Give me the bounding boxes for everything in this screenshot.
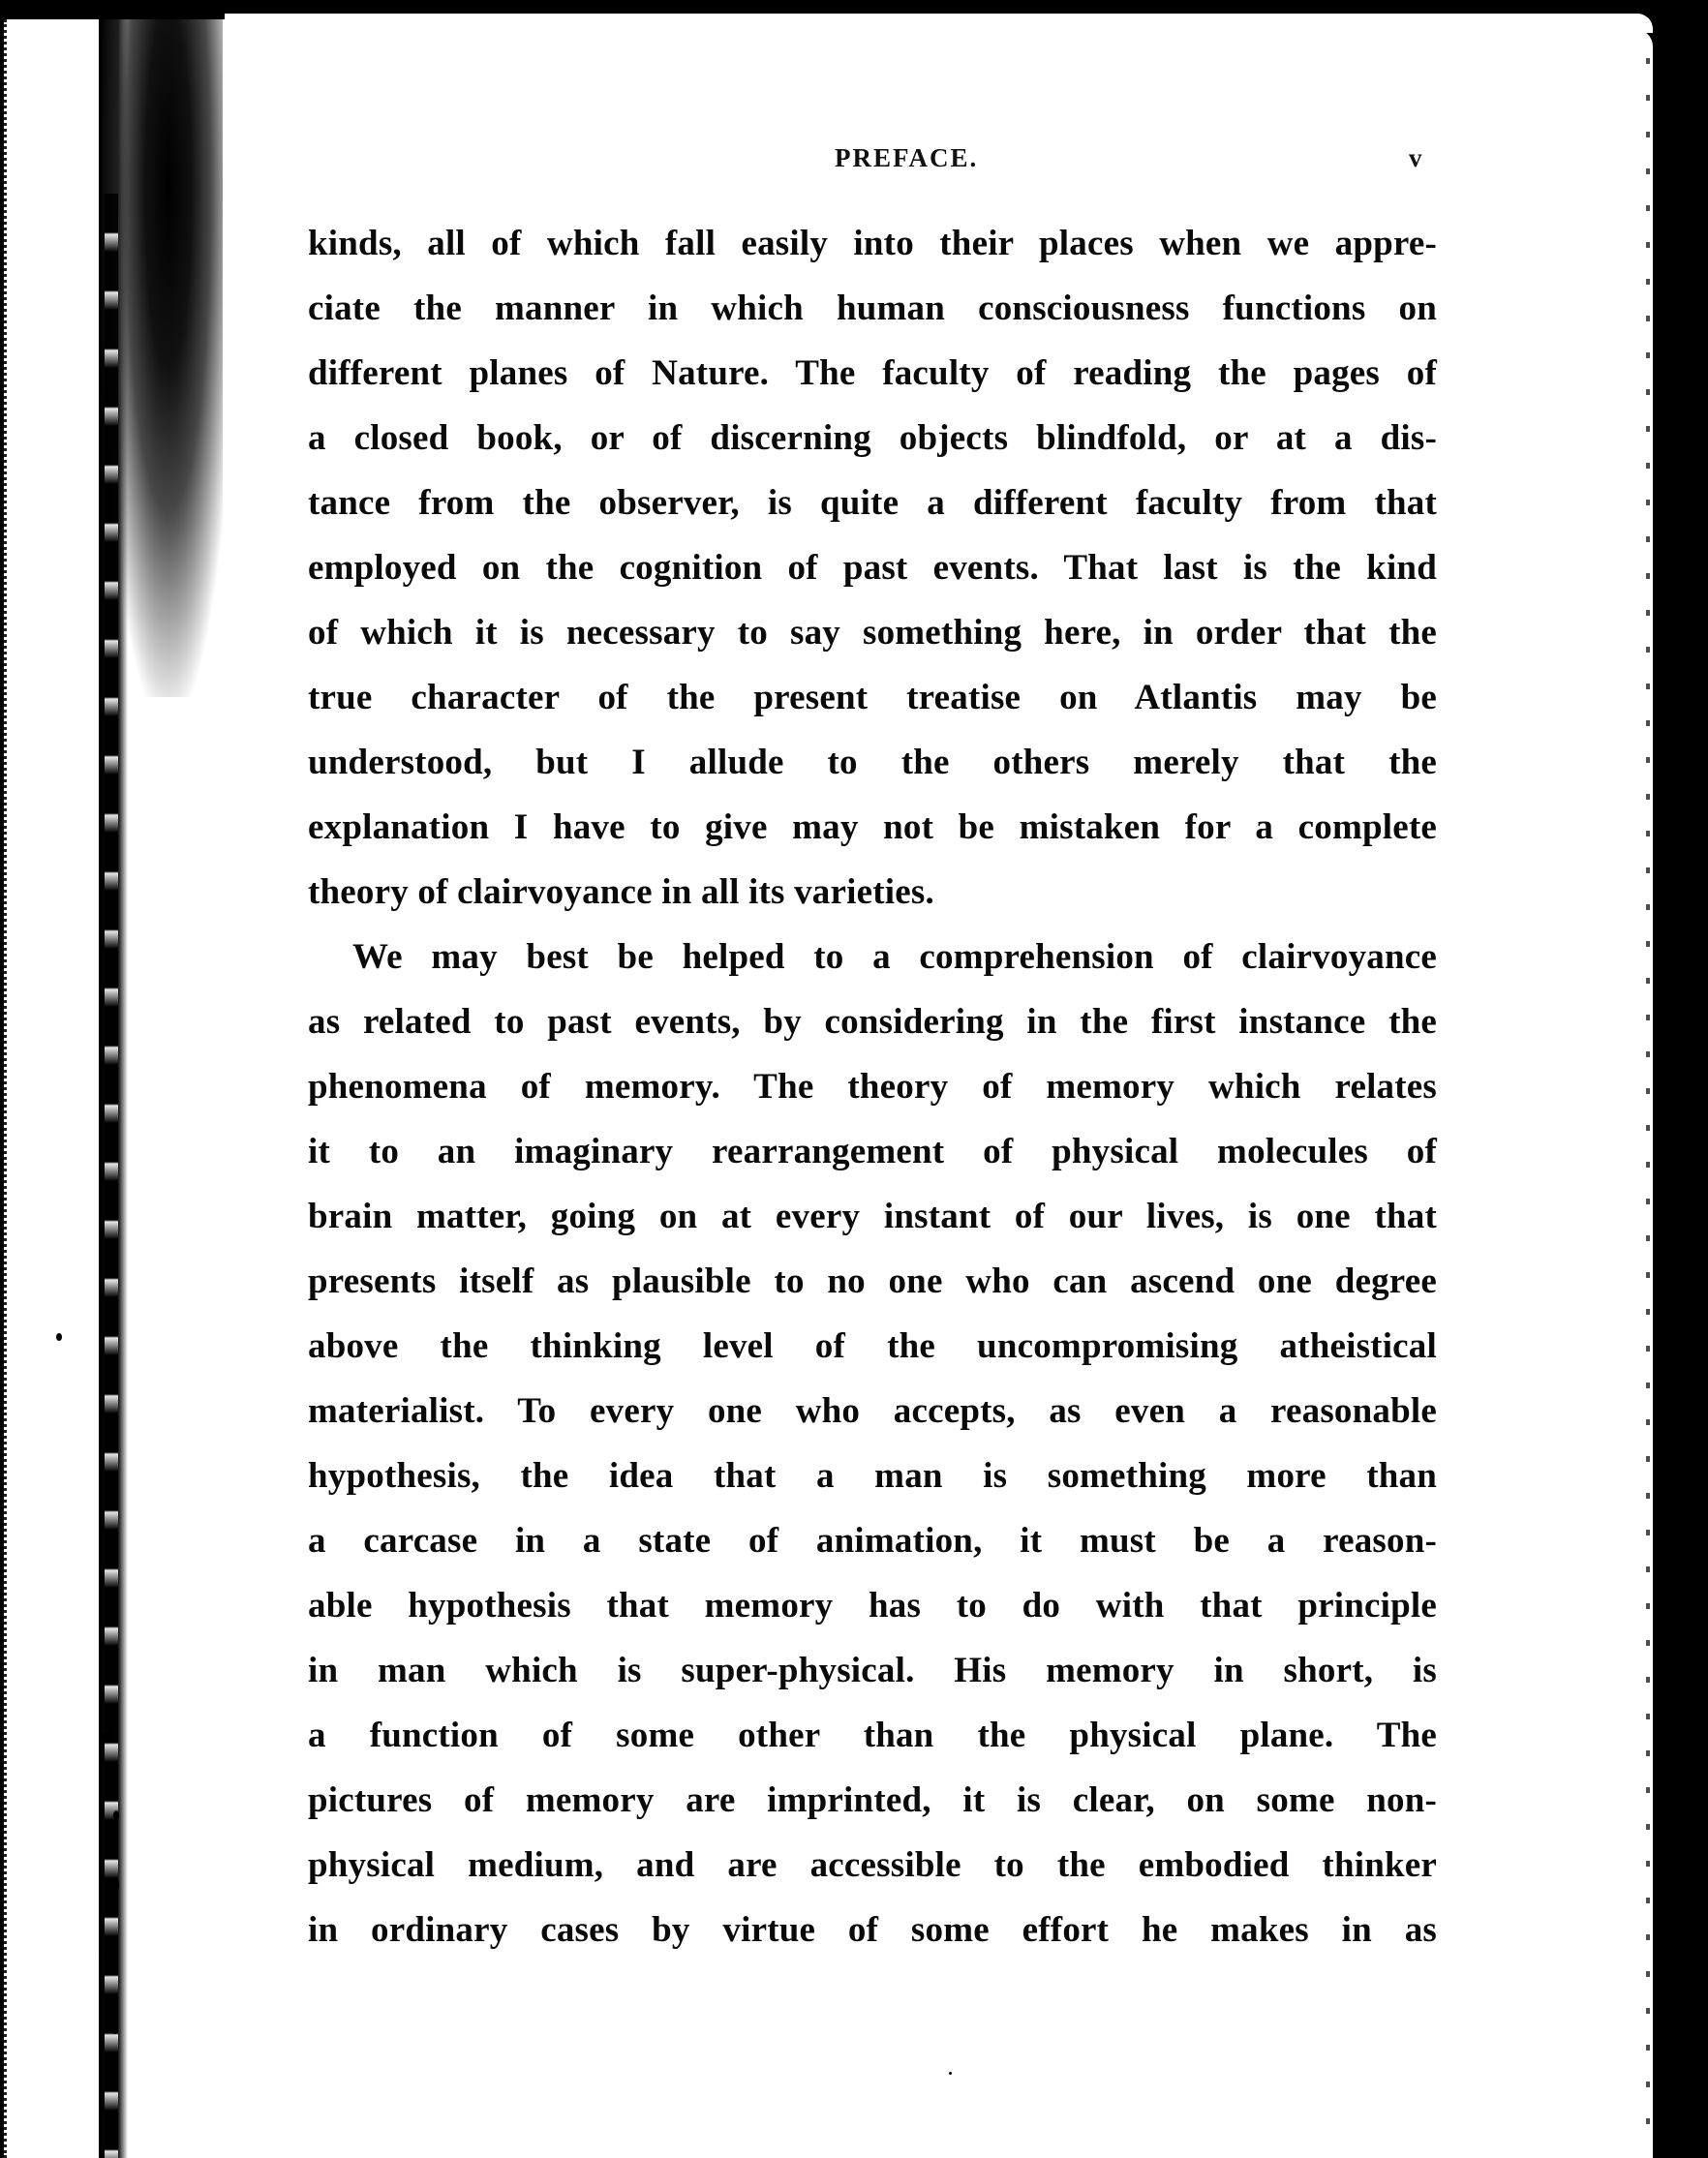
text-line: it to an imaginary rearrangement of phys… — [308, 1119, 1437, 1184]
page-number: v — [1409, 143, 1422, 173]
text-line: as related to past events, by considerin… — [308, 989, 1437, 1054]
text-line: phenomena of memory. The theory of memor… — [308, 1054, 1437, 1119]
text-line: true character of the present treatise o… — [308, 665, 1437, 730]
scan-speck — [114, 1878, 119, 1892]
text-line: a closed book, or of discerning objects … — [308, 406, 1437, 471]
text-line: of which it is necessary to say somethin… — [308, 600, 1437, 665]
text-line: a function of some other than the physic… — [308, 1703, 1437, 1768]
text-line: different planes of Nature. The faculty … — [308, 341, 1437, 406]
text-line: a carcase in a state of animation, it mu… — [308, 1508, 1437, 1573]
text-line: physical medium, and are accessible to t… — [308, 1833, 1437, 1898]
scan-speck — [112, 2028, 118, 2034]
text-line: understood, but I allude to the others m… — [308, 730, 1437, 795]
text-line: tance from the observer, is quite a diff… — [308, 471, 1437, 535]
facing-page-edge — [4, 19, 102, 2158]
text-line: in ordinary cases by virtue of some effo… — [308, 1898, 1437, 1962]
scan-speck — [100, 1733, 111, 1739]
scan-speck — [113, 1810, 119, 1820]
text-line: able hypothesis that memory has to do wi… — [308, 1573, 1437, 1638]
scan-speck — [949, 2072, 952, 2075]
running-head: PREFACE. v — [0, 143, 1708, 182]
text-line: brain matter, going on at every instant … — [308, 1184, 1437, 1249]
text-line: theory of clairvoyance in all its variet… — [308, 860, 1437, 925]
scan-speck — [99, 1954, 104, 1960]
text-line: pictures of memory are imprinted, it is … — [308, 1768, 1437, 1833]
text-line: explanation I have to give may not be mi… — [308, 795, 1437, 860]
binding-shadow — [102, 19, 223, 697]
text-line: above the thinking level of the uncompro… — [308, 1314, 1437, 1379]
text-line: presents itself as plausible to no one w… — [308, 1249, 1437, 1314]
text-line: in man which is super-physical. His memo… — [308, 1638, 1437, 1703]
text-line: We may best be helped to a comprehension… — [308, 925, 1437, 989]
scan-speck — [56, 1333, 62, 1341]
body-text: kinds, all of which fall easily into the… — [308, 211, 1437, 1962]
text-line: materialist. To every one who accepts, a… — [308, 1379, 1437, 1444]
paragraph: kinds, all of which fall easily into the… — [308, 211, 1437, 925]
paragraph: We may best be helped to a comprehension… — [308, 925, 1437, 1962]
text-line: employed on the cognition of past events… — [308, 535, 1437, 600]
text-line: kinds, all of which fall easily into the… — [308, 211, 1437, 276]
running-head-title: PREFACE. — [835, 143, 978, 173]
text-line: hypothesis, the idea that a man is somet… — [308, 1444, 1437, 1508]
text-line: ciate the manner in which human consciou… — [308, 276, 1437, 341]
page-right-edge-marks — [1646, 58, 1650, 2140]
binding-crease — [105, 194, 118, 2158]
